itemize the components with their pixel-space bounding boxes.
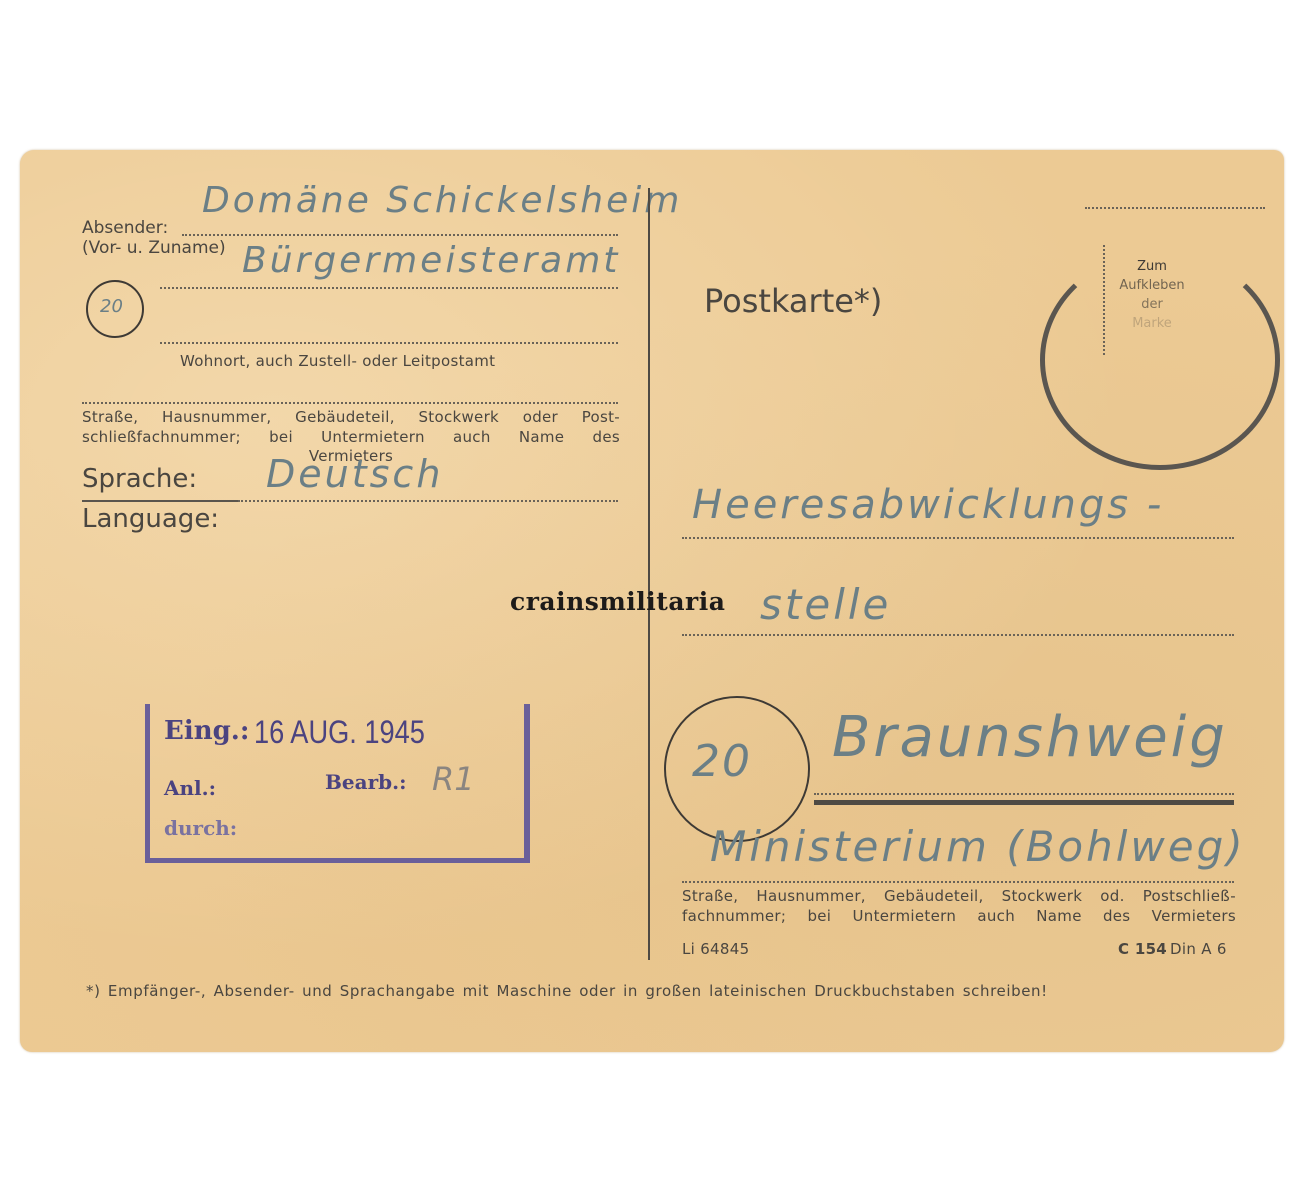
sender-postal-code: 20 (100, 296, 123, 317)
postcard: Domäne Schickelsheim Absender: (Vor- u. … (20, 150, 1284, 1052)
stamp-date: 16 AUG. 1945 (254, 714, 425, 751)
sender-line-1 (182, 234, 618, 236)
recipient-line2: stelle (760, 580, 891, 629)
city-dotted-line (814, 793, 1234, 795)
postkarte-title: Postkarte*) (704, 282, 882, 320)
sender-name-line1: Domäne Schickelsheim (202, 180, 682, 221)
recipient-city: Braunshweig (832, 705, 1228, 770)
caption-street-2: schließfachnummer; bei Untermietern auch… (82, 428, 620, 446)
label-absender: Absender: (82, 218, 168, 238)
received-stamp: Eing.: 16 AUG. 1945 Anl.: Bearb.: R1 dur… (145, 710, 530, 863)
caption-wohnort: Wohnort, auch Zustell- oder Leitpostamt (180, 352, 495, 370)
recipient-postal-code: 20 (692, 736, 752, 787)
stamp-label-bearb: Bearb.: (325, 770, 406, 794)
sprache-dotted-line (238, 500, 618, 502)
sprache-underline (82, 500, 238, 502)
recipient-postal-code-circle: 20 (664, 696, 810, 842)
sender-line-3 (160, 342, 618, 344)
sender-postal-code-circle: 20 (86, 280, 144, 338)
recipient-street: Ministerium (Bohlweg) (710, 822, 1246, 871)
center-divider (648, 188, 650, 960)
label-sprache: Sprache: (82, 464, 197, 494)
footnote: *) Empfänger-, Absender- und Sprachangab… (86, 982, 1048, 1000)
recipient-caption-2: fachnummer; bei Untermietern auch Name d… (682, 907, 1236, 925)
form-code: C 154 (1118, 940, 1167, 958)
stamp-label-eing: Eing.: (164, 716, 249, 746)
form-size: Din A 6 (1170, 940, 1227, 958)
sender-line-4 (82, 402, 618, 404)
form-number: Li 64845 (682, 940, 749, 958)
stamp-label-anl: Anl.: (164, 776, 216, 800)
label-vor-zuname: (Vor- u. Zuname) (82, 238, 226, 258)
stamp-area-top (1085, 207, 1265, 209)
sender-name-line2: Bürgermeisteramt (242, 240, 620, 281)
watermark: crainsmilitaria (510, 587, 725, 616)
recipient-caption-1: Straße, Hausnummer, Gebäudeteil, Stockwe… (682, 887, 1236, 905)
sender-line-2 (160, 287, 618, 289)
recipient-line-1 (682, 537, 1234, 539)
recipient-line-2 (682, 634, 1234, 636)
city-underline (814, 800, 1234, 805)
language-value: Deutsch (266, 452, 443, 496)
stamp-label-durch: durch: (164, 816, 237, 840)
recipient-line-3 (682, 881, 1234, 883)
caption-street-1: Straße, Hausnummer, Gebäudeteil, Stockwe… (82, 408, 620, 426)
label-language: Language: (82, 504, 219, 534)
stamp-bearb-value: R1 (432, 760, 475, 798)
recipient-line1: Heeresabwicklungs - (692, 482, 1164, 528)
postmark-cancellation (1040, 250, 1280, 470)
